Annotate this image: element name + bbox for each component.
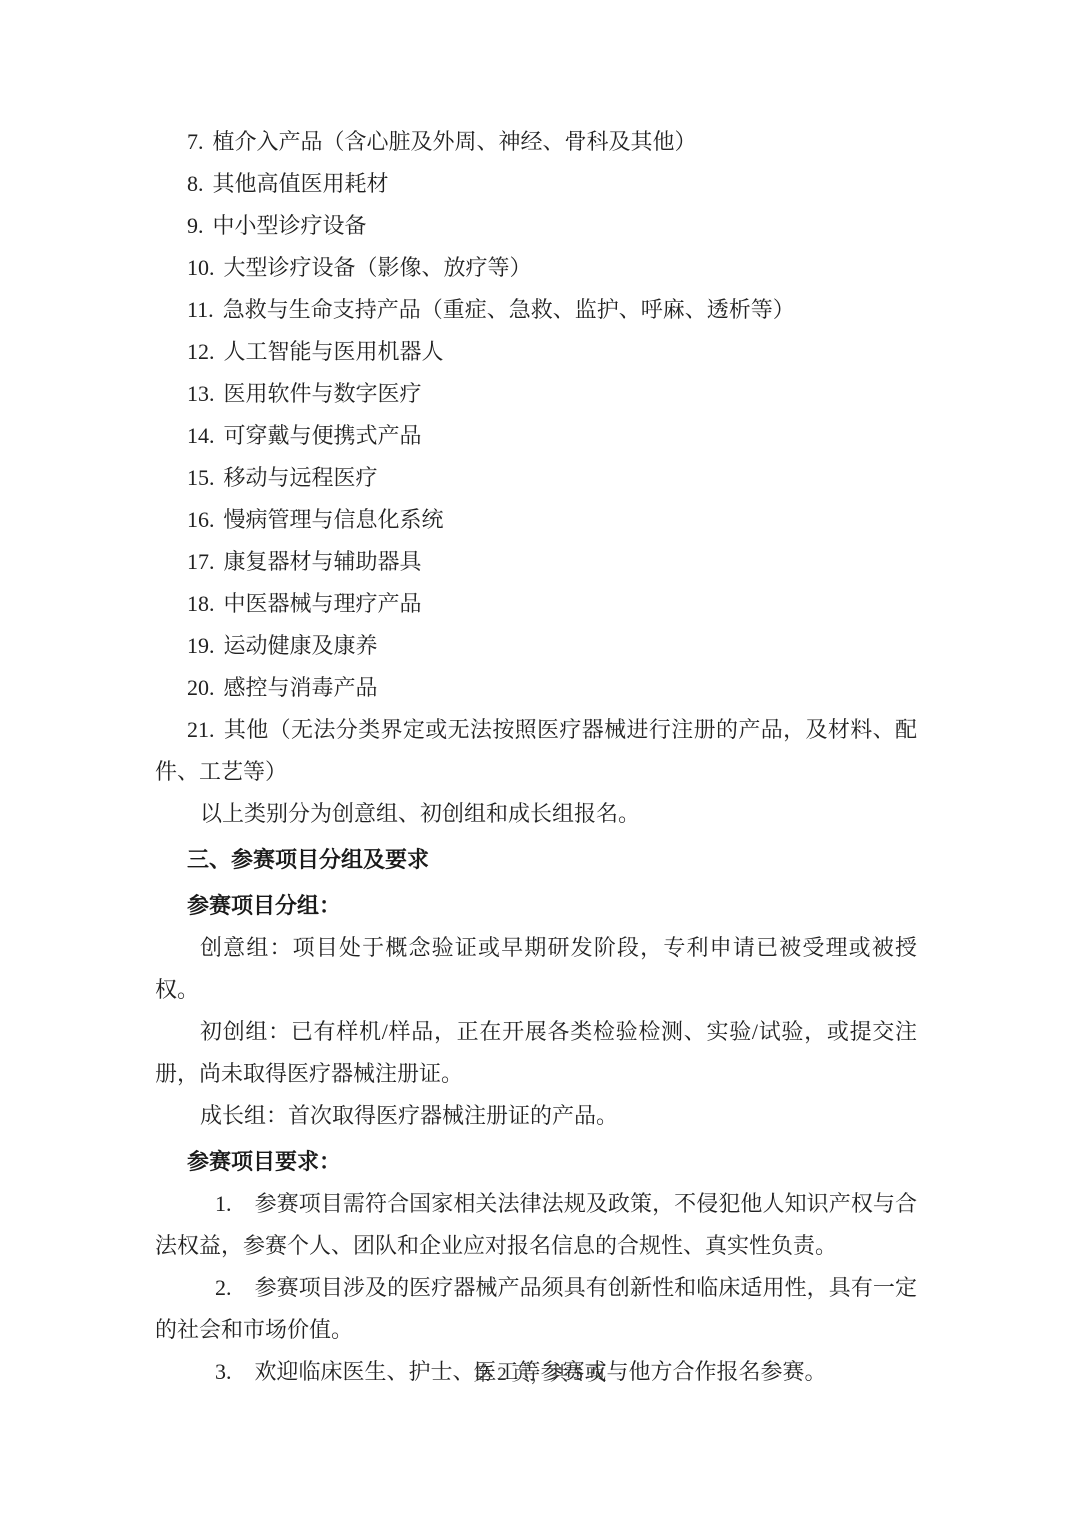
category-number: 9. [187,213,204,238]
category-text: 其他（无法分类界定或无法按照医疗器械进行注册的产品，及材料、配件、工艺等） [155,717,917,784]
category-text: 急救与生命支持产品（重症、急救、监护、呼麻、透析等） [223,297,795,322]
category-number: 21. [187,717,215,742]
category-number: 7. [187,129,204,154]
section-heading: 三、参赛项目分组及要求 [155,839,917,881]
category-item-19: 19.运动健康及康养 [155,625,917,667]
category-number: 11. [187,297,214,322]
category-text: 运动健康及康养 [224,633,378,658]
requirement-item-1: 1.参赛项目需符合国家相关法律法规及政策，不侵犯他人知识产权与合法权益，参赛个人… [155,1183,917,1267]
category-text: 可穿戴与便携式产品 [224,423,422,448]
category-text: 慢病管理与信息化系统 [224,507,444,532]
category-item-14: 14.可穿戴与便携式产品 [155,415,917,457]
category-text: 中医器械与理疗产品 [224,591,422,616]
category-item-17: 17.康复器材与辅助器具 [155,541,917,583]
category-item-13: 13.医用软件与数字医疗 [155,373,917,415]
category-number: 8. [187,171,204,196]
category-number: 13. [187,381,215,406]
category-text: 康复器材与辅助器具 [224,549,422,574]
category-number: 17. [187,549,215,574]
category-item-10: 10.大型诊疗设备（影像、放疗等） [155,247,917,289]
category-item-18: 18.中医器械与理疗产品 [155,583,917,625]
document-page: 7.植介入产品（含心脏及外周、神经、骨科及其他） 8.其他高值医用耗材 9.中小… [0,0,1080,1527]
grouping-subheading: 参赛项目分组： [155,885,917,927]
category-number: 19. [187,633,215,658]
requirement-item-2: 2.参赛项目涉及的医疗器械产品须具有创新性和临床适用性，具有一定的社会和市场价值… [155,1267,917,1351]
category-item-8: 8.其他高值医用耗材 [155,163,917,205]
note-paragraph: 以上类别分为创意组、初创组和成长组报名。 [155,793,917,835]
category-item-7: 7.植介入产品（含心脏及外周、神经、骨科及其他） [155,121,917,163]
category-item-12: 12.人工智能与医用机器人 [155,331,917,373]
category-text: 感控与消毒产品 [224,675,378,700]
group-growth-paragraph: 成长组：首次取得医疗器械注册证的产品。 [155,1095,917,1137]
category-item-16: 16.慢病管理与信息化系统 [155,499,917,541]
requirement-text: 参赛项目需符合国家相关法律法规及政策，不侵犯他人知识产权与合法权益，参赛个人、团… [155,1191,917,1258]
requirement-number: 2. [215,1275,232,1300]
category-item-11: 11.急救与生命支持产品（重症、急救、监护、呼麻、透析等） [155,289,917,331]
category-number: 18. [187,591,215,616]
category-number: 16. [187,507,215,532]
category-item-21: 21.其他（无法分类界定或无法按照医疗器械进行注册的产品，及材料、配件、工艺等） [155,709,917,793]
group-creative-paragraph: 创意组：项目处于概念验证或早期研发阶段，专利申请已被受理或被授权。 [155,927,917,1011]
category-text: 其他高值医用耗材 [213,171,389,196]
requirement-text: 参赛项目涉及的医疗器械产品须具有创新性和临床适用性，具有一定的社会和市场价值。 [155,1275,917,1342]
category-number: 14. [187,423,215,448]
category-text: 移动与远程医疗 [224,465,378,490]
category-item-15: 15.移动与远程医疗 [155,457,917,499]
requirement-number: 1. [215,1191,232,1216]
category-item-9: 9.中小型诊疗设备 [155,205,917,247]
category-text: 植介入产品（含心脏及外周、神经、骨科及其他） [213,129,697,154]
category-number: 20. [187,675,215,700]
page-footer: 第 2 页，共 5 页 [0,1360,1080,1390]
category-text: 大型诊疗设备（影像、放疗等） [224,255,532,280]
category-text: 中小型诊疗设备 [213,213,367,238]
category-number: 10. [187,255,215,280]
category-item-20: 20.感控与消毒产品 [155,667,917,709]
requirements-subheading: 参赛项目要求： [155,1141,917,1183]
category-text: 医用软件与数字医疗 [224,381,422,406]
category-text: 人工智能与医用机器人 [224,339,444,364]
group-startup-paragraph: 初创组：已有样机/样品，正在开展各类检验检测、实验/试验，或提交注册，尚未取得医… [155,1011,917,1095]
document-body: 7.植介入产品（含心脏及外周、神经、骨科及其他） 8.其他高值医用耗材 9.中小… [155,121,917,1393]
category-number: 15. [187,465,215,490]
category-number: 12. [187,339,215,364]
